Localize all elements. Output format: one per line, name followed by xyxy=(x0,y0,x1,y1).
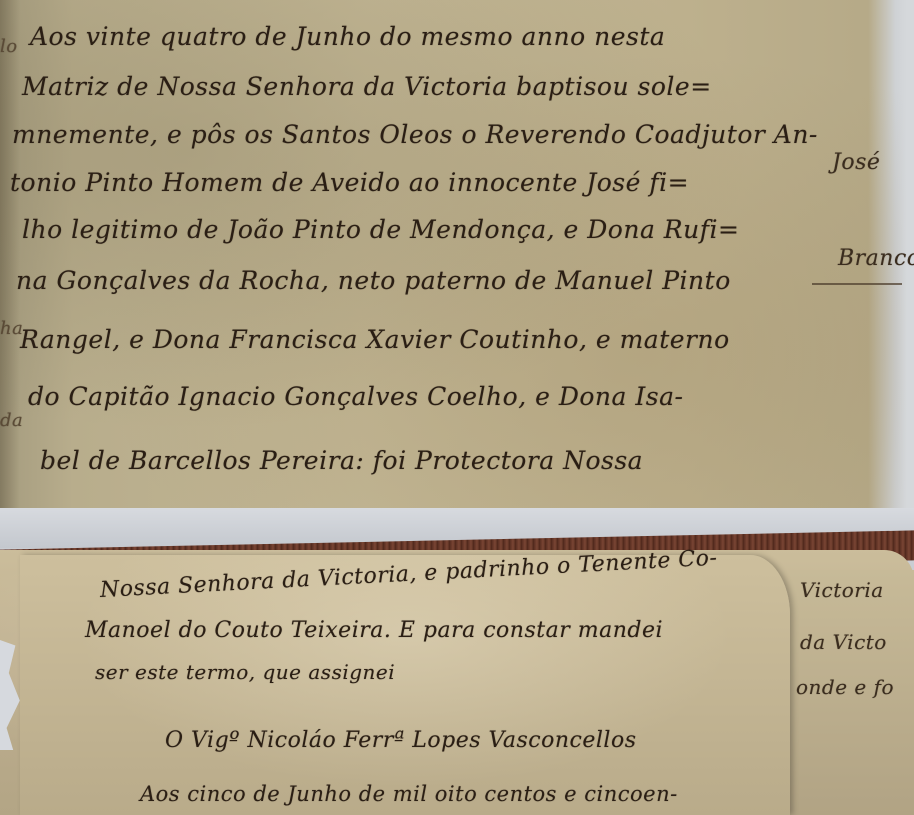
left-margin-fragment: lo xyxy=(0,36,18,57)
manuscript-line-3: mnemente, e pôs os Santos Oleos o Revere… xyxy=(12,120,818,149)
manuscript-line-6: na Gonçalves da Rocha, neto paterno de M… xyxy=(16,266,731,295)
manuscript-line-12: ser este termo, que assignei xyxy=(95,660,395,684)
manuscript-line-7: Rangel, e Dona Francisca Xavier Coutinho… xyxy=(20,325,730,354)
signature-line: O Vigº Nicoláo Ferrª Lopes Vasconcellos xyxy=(165,728,637,753)
facing-page-fragment: onde e fo xyxy=(796,675,894,699)
left-margin-fragment: da xyxy=(0,410,23,431)
manuscript-line-8: do Capitão Ignacio Gonçalves Coelho, e D… xyxy=(28,382,683,411)
left-margin-fragment: ha xyxy=(0,318,23,339)
margin-note-status: Branco xyxy=(838,246,914,271)
manuscript-line-4: tonio Pinto Homem de Aveido ao innocente… xyxy=(10,168,689,197)
manuscript-line-13: Aos cinco de Junho de mil oito centos e … xyxy=(140,782,678,806)
top-manuscript-page: Aos vinte quatro de Junho do mesmo anno … xyxy=(0,0,914,508)
manuscript-line-2: Matriz de Nossa Senhora da Victoria bapt… xyxy=(22,72,712,101)
facing-page-fragment: Victoria xyxy=(800,578,884,602)
manuscript-line-11: Manoel do Couto Teixeira. E para constar… xyxy=(85,618,663,643)
manuscript-line-9: bel de Barcellos Pereira: foi Protectora… xyxy=(40,446,643,475)
page-gutter-shadow xyxy=(0,0,20,508)
manuscript-line-1: Aos vinte quatro de Junho do mesmo anno … xyxy=(30,22,665,51)
margin-underline xyxy=(812,283,902,285)
margin-note-name: José xyxy=(832,150,880,175)
facing-page-fragment: da Victo xyxy=(800,630,887,654)
manuscript-line-5: lho legitimo de João Pinto de Mendonça, … xyxy=(22,215,739,244)
facing-page: Victoria da Victo onde e fo xyxy=(790,570,914,815)
